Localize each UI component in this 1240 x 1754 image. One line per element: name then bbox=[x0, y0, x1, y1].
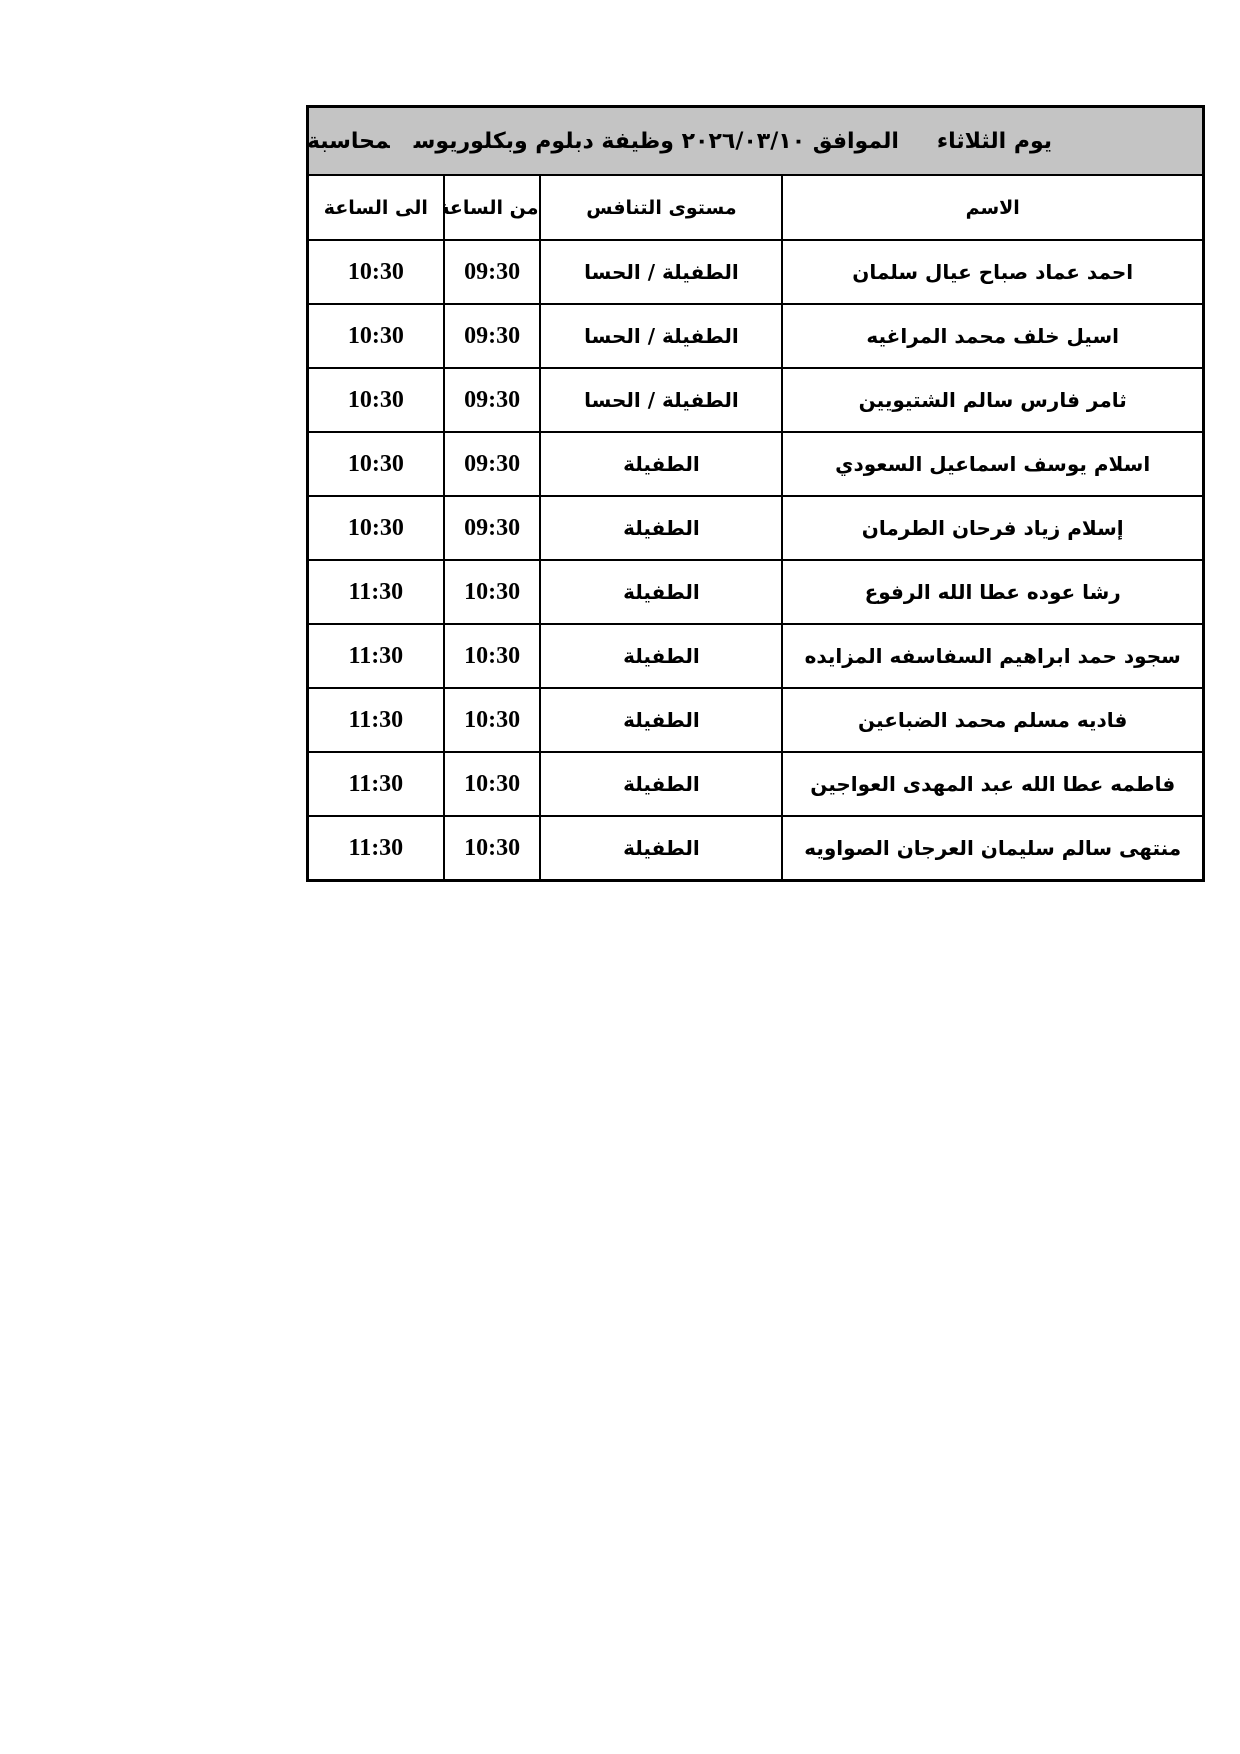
table-title: يوم الثلاثاءالموافق ٢٠٢٦/٠٣/١٠ وظيفة دبل… bbox=[308, 107, 1204, 176]
table-body: احمد عماد صباح عيال سلمانالطفيلة / الحسا… bbox=[308, 240, 1204, 881]
schedule-table: يوم الثلاثاءالموافق ٢٠٢٦/٠٣/١٠ وظيفة دبل… bbox=[306, 105, 1205, 882]
cell-to: 10:30 bbox=[308, 240, 444, 304]
cell-to: 11:30 bbox=[308, 624, 444, 688]
cell-name: اسيل خلف محمد المراغيه bbox=[782, 304, 1203, 368]
cell-name: منتهى سالم سليمان العرجان الصواويه bbox=[782, 816, 1203, 881]
column-header-row: الاسم مستوى التنافس من الساعة الى الساعة bbox=[308, 175, 1204, 240]
cell-name: إسلام زياد فرحان الطرمان bbox=[782, 496, 1203, 560]
cell-level: الطفيلة bbox=[540, 432, 782, 496]
column-header-from: من الساعة bbox=[444, 175, 541, 240]
cell-from: 09:30 bbox=[444, 304, 541, 368]
cell-to: 11:30 bbox=[308, 688, 444, 752]
cell-to: 10:30 bbox=[308, 304, 444, 368]
table-row: اسيل خلف محمد المراغيهالطفيلة / الحسا09:… bbox=[308, 304, 1204, 368]
cell-to: 11:30 bbox=[308, 816, 444, 881]
cell-to: 11:30 bbox=[308, 560, 444, 624]
cell-to: 10:30 bbox=[308, 432, 444, 496]
table-row: احمد عماد صباح عيال سلمانالطفيلة / الحسا… bbox=[308, 240, 1204, 304]
column-header-to: الى الساعة bbox=[308, 175, 444, 240]
title-details: الموافق ٢٠٢٦/٠٣/١٠ وظيفة دبلوم وبكلوريوس bbox=[414, 129, 899, 154]
table-row: اسلام يوسف اسماعيل السعوديالطفيلة09:3010… bbox=[308, 432, 1204, 496]
cell-to: 11:30 bbox=[308, 752, 444, 816]
title-row: يوم الثلاثاءالموافق ٢٠٢٦/٠٣/١٠ وظيفة دبل… bbox=[308, 107, 1204, 176]
cell-name: سجود حمد ابراهيم السفاسفه المزايده bbox=[782, 624, 1203, 688]
table-row: إسلام زياد فرحان الطرمانالطفيلة09:3010:3… bbox=[308, 496, 1204, 560]
cell-from: 09:30 bbox=[444, 240, 541, 304]
cell-level: الطفيلة bbox=[540, 688, 782, 752]
cell-level: الطفيلة bbox=[540, 560, 782, 624]
table-row: فاطمه عطا الله عبد المهدى العواجينالطفيل… bbox=[308, 752, 1204, 816]
table-row: منتهى سالم سليمان العرجان الصواويهالطفيل… bbox=[308, 816, 1204, 881]
document-page: يوم الثلاثاءالموافق ٢٠٢٦/٠٣/١٠ وظيفة دبل… bbox=[0, 0, 1240, 1754]
cell-level: الطفيلة bbox=[540, 752, 782, 816]
cell-level: الطفيلة bbox=[540, 496, 782, 560]
cell-name: ثامر فارس سالم الشتيويين bbox=[782, 368, 1203, 432]
cell-to: 10:30 bbox=[308, 496, 444, 560]
cell-to: 10:30 bbox=[308, 368, 444, 432]
table-row: ثامر فارس سالم الشتيويينالطفيلة / الحسا0… bbox=[308, 368, 1204, 432]
cell-from: 10:30 bbox=[444, 752, 541, 816]
cell-name: احمد عماد صباح عيال سلمان bbox=[782, 240, 1203, 304]
cell-level: الطفيلة / الحسا bbox=[540, 368, 782, 432]
cell-from: 09:30 bbox=[444, 368, 541, 432]
cell-name: اسلام يوسف اسماعيل السعودي bbox=[782, 432, 1203, 496]
cell-level: الطفيلة / الحسا bbox=[540, 240, 782, 304]
table-row: فاديه مسلم محمد الضباعينالطفيلة10:3011:3… bbox=[308, 688, 1204, 752]
table-row: رشا عوده عطا الله الرفوعالطفيلة10:3011:3… bbox=[308, 560, 1204, 624]
cell-from: 10:30 bbox=[444, 560, 541, 624]
cell-from: 10:30 bbox=[444, 688, 541, 752]
cell-name: فاطمه عطا الله عبد المهدى العواجين bbox=[782, 752, 1203, 816]
cell-from: 10:30 bbox=[444, 816, 541, 881]
cell-level: الطفيلة bbox=[540, 624, 782, 688]
column-header-name: الاسم bbox=[782, 175, 1203, 240]
cell-from: 09:30 bbox=[444, 496, 541, 560]
cell-name: رشا عوده عطا الله الرفوع bbox=[782, 560, 1203, 624]
cell-name: فاديه مسلم محمد الضباعين bbox=[782, 688, 1203, 752]
column-header-level: مستوى التنافس bbox=[540, 175, 782, 240]
title-day: يوم الثلاثاء bbox=[937, 129, 1052, 154]
table-row: سجود حمد ابراهيم السفاسفه المزايدهالطفيل… bbox=[308, 624, 1204, 688]
cell-from: 09:30 bbox=[444, 432, 541, 496]
title-subject: محاسبة bbox=[308, 129, 390, 154]
cell-level: الطفيلة bbox=[540, 816, 782, 881]
cell-from: 10:30 bbox=[444, 624, 541, 688]
cell-level: الطفيلة / الحسا bbox=[540, 304, 782, 368]
